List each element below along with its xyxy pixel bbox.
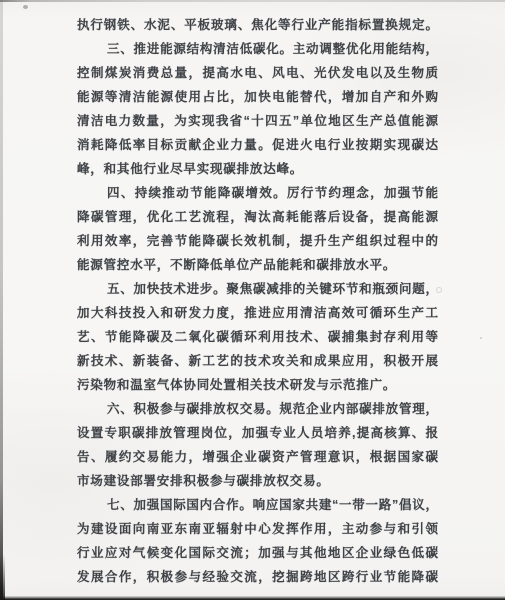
document-page: 执行钢铁、水泥、平板玻璃、焦化等行业产能指标置换规定。 三、推进能源结构清洁低碳…: [0, 0, 505, 600]
scan-speck: [23, 5, 28, 9]
text-line: 为建设面向南亚东南亚辐射中心发挥作用，主动参与和引领: [77, 517, 438, 541]
document-text: 执行钢铁、水泥、平板玻璃、焦化等行业产能指标置换规定。 三、推进能源结构清洁低碳…: [77, 13, 438, 589]
text-line-section-5: 五、加快技术进步。聚焦碳减排的关键环节和瓶颈问题，: [77, 277, 438, 301]
text-line: 峰，和其他行业尽早实现碳排放达峰。: [77, 157, 438, 181]
text-line: 执行钢铁、水泥、平板玻璃、焦化等行业产能指标置换规定。: [77, 13, 438, 37]
text-line: 告、履约交易能力，增强企业碳资产管理意识，根据国家碳: [77, 445, 438, 469]
text-line: 清洁电力数量，为实现我省“十四五”单位地区生产总值能源: [77, 109, 438, 133]
text-line: 能源等清洁能源使用占比，加快电能替代，增加自产和外购: [77, 85, 438, 109]
text-line: 污染物和温室气体协同处置相关技术研发与示范推广。: [77, 373, 438, 397]
scan-corner-bottom-left: [0, 554, 5, 600]
text-line-section-6: 六、积极参与碳排放权交易。规范企业内部碳排放管理，: [77, 397, 438, 421]
text-line: 能源管控水平，不断降低单位产品能耗和碳排放水平。: [77, 253, 438, 277]
scan-speck: [480, 337, 482, 339]
text-line-section-7: 七、加强国际国内合作。响应国家共建“一带一路”倡议，: [77, 493, 438, 517]
text-line: 行业应对气候变化国际交流；加强与其他地区企业绿色低碳: [77, 541, 438, 565]
text-line: 降碳管理，优化工艺流程，淘汰高耗能落后设备，提高能源: [77, 205, 438, 229]
text-line: 设置专职碳排放管理岗位，加强专业人员培养,提高核算、报: [77, 421, 438, 445]
text-line: 发展合作，积极参与经验交流，挖掘跨地区跨行业节能降碳: [77, 565, 438, 589]
text-line-section-4: 四、持续推动节能降碳增效。厉行节约理念，加强节能: [77, 181, 438, 205]
text-line: 艺、节能降碳及二氧化碳循环利用技术、碳捕集封存利用等: [77, 325, 438, 349]
text-line: 控制煤炭消费总量，提高水电、风电、光伏发电以及生物质: [77, 61, 438, 85]
text-line-section-3: 三、推进能源结构清洁低碳化。主动调整优化用能结构，: [77, 37, 438, 61]
scan-edge-bottom: [0, 596, 505, 600]
scan-edge-top: [0, 0, 505, 2]
text-line: 加大科技投入和研发力度，推进应用清洁高效可循环生产工: [77, 301, 438, 325]
text-line: 利用效率，完善节能降碳长效机制，提升生产组织过程中的: [77, 229, 438, 253]
text-line: 新技术、新装备、新工艺的技术攻关和成果应用，积极开展: [77, 349, 438, 373]
text-line: 市场建设部署安排积极参与碳排放权交易。: [77, 469, 438, 493]
text-line: 消耗降低率目标贡献企业力量。促进火电行业按期实现碳达: [77, 133, 438, 157]
scan-edge-left: [0, 0, 3, 600]
